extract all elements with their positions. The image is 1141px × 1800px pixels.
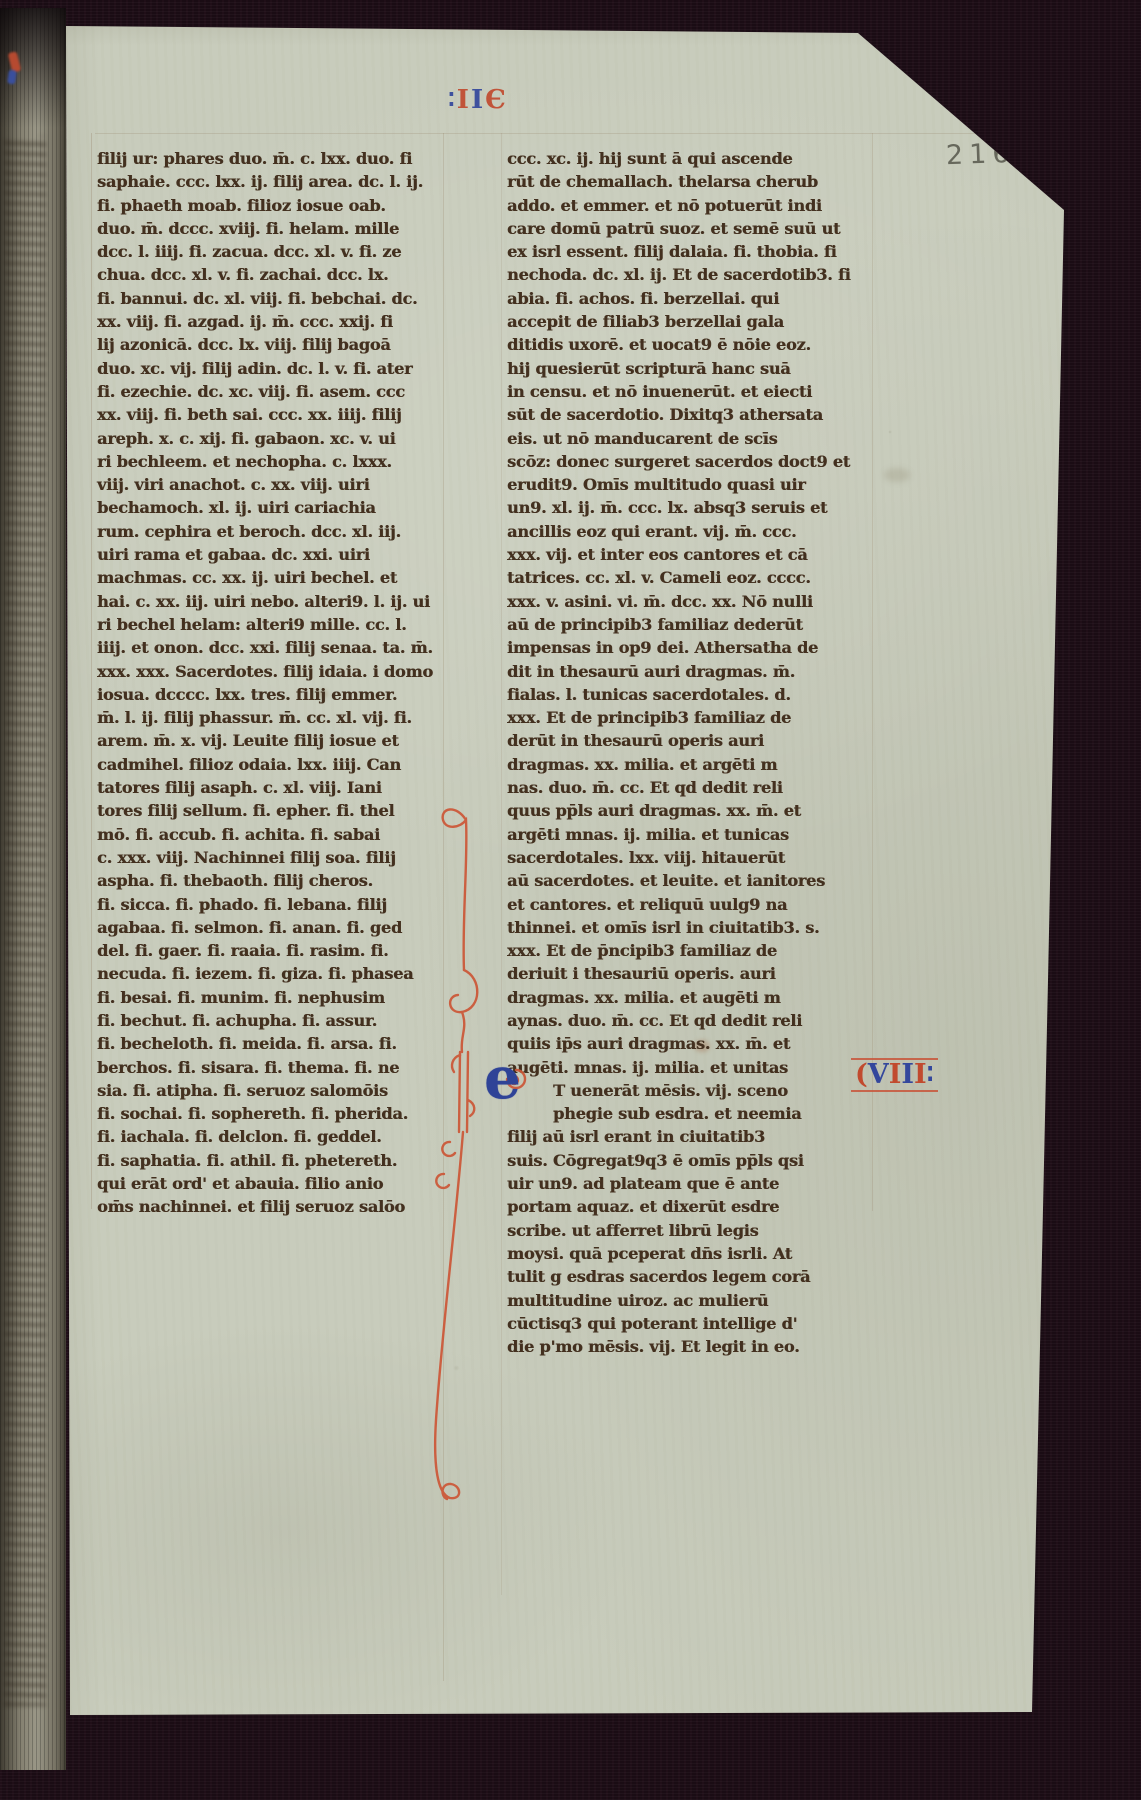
text-line: ccc. xc. ij. hij sunt ā qui ascende bbox=[507, 147, 879, 170]
text-line: impensas in op9 dei. Athersatha de bbox=[507, 636, 879, 659]
text-line: care domū patrū suoz. et semē suū ut bbox=[507, 217, 879, 240]
text-line: fialas. l. tunicas sacerdotales. d. bbox=[507, 683, 879, 706]
text-line: hij quesierūt scripturā hanc suā bbox=[507, 357, 879, 380]
text-line: ditidis uxorē. et uocat9 ē nōie eoz. bbox=[507, 333, 879, 356]
text-line: cadmihel. filioz odaia. lxx. iiij. Can bbox=[97, 753, 443, 776]
text-line: mō. fi. accub. fi. achita. fi. sabai bbox=[97, 823, 443, 846]
ruling-line-horizontal bbox=[95, 133, 983, 134]
text-line: xxx. xxx. Sacerdotes. filij idaia. i dom… bbox=[97, 660, 443, 683]
running-title: ∶IIЄ bbox=[448, 84, 506, 116]
text-line: sia. fi. atipha. fi. seruoz salomōis bbox=[97, 1079, 443, 1102]
text-line: fi. phaeth moab. filioz iosue oab. bbox=[97, 194, 443, 217]
text-line: dragmas. xx. milia. et argēti m bbox=[507, 753, 879, 776]
text-line: necuda. fi. iezem. fi. giza. fi. phasea bbox=[97, 962, 443, 985]
text-line: fi. becheloth. fi. meida. fi. arsa. fi. bbox=[97, 1032, 443, 1055]
text-line: arem. m̄. x. vij. Leuite filij iosue et bbox=[97, 729, 443, 752]
blue-mark bbox=[7, 70, 17, 85]
text-line: berchos. fi. sisara. fi. thema. fi. ne bbox=[97, 1056, 443, 1079]
text-line: lij azonicā. dcc. lx. viij. filij bagoa… bbox=[97, 333, 443, 356]
parchment-stain bbox=[884, 468, 910, 482]
text-line: qui erāt ord' et abauia. filio anio bbox=[97, 1172, 443, 1195]
text-line: duo. m̄. dccc. xviij. fi. helam. mille bbox=[97, 217, 443, 240]
text-line: derūt in thesaurū operis auri bbox=[507, 729, 879, 752]
rubric-glyph: I bbox=[901, 1060, 914, 1090]
text-line: sūt de sacerdotio. Dixitq3 athersata bbox=[507, 403, 879, 426]
text-line: del. fi. gaer. fi. raaia. fi. rasim. fi. bbox=[97, 939, 443, 962]
text-line: viij. viri anachot. c. xx. viij. uiri bbox=[97, 473, 443, 496]
text-line: fi. bannui. dc. xl. viij. fi. bebchai. d… bbox=[97, 287, 443, 310]
text-line: scōz: donec surgeret sacerdos doct9 et bbox=[507, 450, 879, 473]
text-line: uiri rama et gabaa. dc. xxi. uiri bbox=[97, 543, 443, 566]
text-line: areph. x. c. xij. fi. gabaon. xc. v. ui bbox=[97, 427, 443, 450]
foreedge-blurred-text bbox=[4, 136, 46, 1706]
rubric-glyph: ∶ bbox=[448, 84, 455, 116]
text-line: in censu. et nō inuenerūt. et eiecti bbox=[507, 380, 879, 403]
text-line: xxx. vij. et inter eos cantores et cā bbox=[507, 543, 879, 566]
text-line: rum. cephira et beroch. dcc. xl. iij. bbox=[97, 520, 443, 543]
rubric-glyph: I bbox=[889, 1060, 902, 1090]
left-text-column: filij ur: phares duo. m̄. c. lxx. duo. f… bbox=[97, 147, 443, 1219]
previous-folio-title-mark bbox=[6, 52, 28, 90]
text-line: machmas. cc. xx. ij. uiri bechel. et bbox=[97, 566, 443, 589]
text-line: xx. viij. fi. beth sai. ccc. xx. iiij. f… bbox=[97, 403, 443, 426]
text-line: duo. xc. vij. filij adin. dc. l. v. fi. … bbox=[97, 357, 443, 380]
text-line: filij ur: phares duo. m̄. c. lxx. duo. f… bbox=[97, 147, 443, 170]
chapter-number-viii: (VIII∶ bbox=[851, 1058, 938, 1092]
text-line: bechamoch. xl. ij. uiri cariachia bbox=[97, 496, 443, 519]
rubric-glyph: I bbox=[914, 1060, 927, 1090]
text-line: eis. ut nō manducarent de scīs bbox=[507, 427, 879, 450]
text-line: ex isrl essent. filij dalaia. fi. thobia… bbox=[507, 240, 879, 263]
text-line: addo. et emmer. et nō potuerūt indi bbox=[507, 194, 879, 217]
text-line: c. xxx. viij. Nachinnei filij soa. filij bbox=[97, 846, 443, 869]
rubric-glyph: ∶ bbox=[927, 1060, 934, 1090]
photo-backdrop: ∶IIЄ 216 filij ur: phares duo. m̄. c. lx… bbox=[0, 0, 1141, 1800]
text-line: saphaie. ccc. lxx. ij. filij area. dc. l… bbox=[97, 170, 443, 193]
rubric-glyph: Є bbox=[485, 84, 506, 116]
text-line: iiij. et onon. dcc. xxi. filij senaa. ta… bbox=[97, 636, 443, 659]
rubric-glyph: V bbox=[868, 1060, 889, 1090]
text-line: ancillis eoz qui erant. vij. m̄. ccc. bbox=[507, 520, 879, 543]
rubric-glyph: I bbox=[471, 84, 483, 116]
text-line: abia. fi. achos. fi. berzellai. qui bbox=[507, 287, 879, 310]
text-line: ri bechel helam: alteri9 mille. cc. l. bbox=[97, 613, 443, 636]
text-line: agabaa. fi. selmon. fi. anan. fi. ged bbox=[97, 916, 443, 939]
text-line: fi. sochai. fi. sophereth. fi. pherida. bbox=[97, 1102, 443, 1125]
text-line: un9. xl. ij. m̄. ccc. lx. absq3 seruis e… bbox=[507, 496, 879, 519]
text-line: om̄s nachinnei. et filij seruoz salōo bbox=[97, 1195, 443, 1218]
rubric-glyph: I bbox=[457, 84, 469, 116]
text-line: nechoda. dc. xl. ij. Et de sacerdotib3. … bbox=[507, 263, 879, 286]
text-line: tatrices. cc. xl. v. Cameli eoz. cccc. bbox=[507, 566, 879, 589]
manuscript-page: ∶IIЄ 216 filij ur: phares duo. m̄. c. lx… bbox=[0, 0, 1141, 1800]
text-line: nas. duo. m̄. cc. Et qd dedit reli bbox=[507, 776, 879, 799]
text-line: tores filij sellum. fi. epher. fi. thel bbox=[97, 799, 443, 822]
text-line: xx. viij. fi. azgad. ij. m̄. ccc. xxij. … bbox=[97, 310, 443, 333]
text-line: xxx. v. asini. vi. m̄. dcc. xx. Nō null… bbox=[507, 590, 879, 613]
text-line: fi. sicca. fi. phado. fi. lebana. filij bbox=[97, 893, 443, 916]
text-line: m̄. l. ij. filij phassur. m̄. cc. xl. vi… bbox=[97, 706, 443, 729]
text-line: aū de principib3 familiaz dederūt bbox=[507, 613, 879, 636]
text-line: hai. c. xx. iij. uiri nebo. alteri9. l. … bbox=[97, 590, 443, 613]
text-line: fi. bechut. fi. achupha. fi. assur. bbox=[97, 1009, 443, 1032]
text-line: aspha. fi. thebaoth. filij cheros. bbox=[97, 869, 443, 892]
text-line: ri bechleem. et nechopha. c. lxxx. bbox=[97, 450, 443, 473]
text-line: fi. besai. fi. munim. fi. nephusim bbox=[97, 986, 443, 1009]
text-line: fi. saphatia. fi. athil. fi. phetereth. bbox=[97, 1149, 443, 1172]
text-line: erudit9. Omīs multitudo quasi uir bbox=[507, 473, 879, 496]
chapter-initial-E: e bbox=[484, 1048, 521, 1108]
text-line: xxx. Et de principib3 familiaz de bbox=[507, 706, 879, 729]
book-foreedge-pages bbox=[0, 8, 66, 1770]
text-line: fi. ezechie. dc. xc. viij. fi. asem. ccc bbox=[97, 380, 443, 403]
text-line: dcc. l. iiij. fi. zacua. dcc. xl. v. fi.… bbox=[97, 240, 443, 263]
rubric-glyph: ( bbox=[855, 1060, 868, 1090]
text-line: rūt de chemallach. thelarsa cherub bbox=[507, 170, 879, 193]
text-line: accepit de filiab3 berzellai gala bbox=[507, 310, 879, 333]
text-line: dit in thesaurū auri dragmas. m̄. bbox=[507, 660, 879, 683]
folio-number: 216 bbox=[945, 139, 1016, 171]
text-line: tatores filij asaph. c. xl. viij. Iani bbox=[97, 776, 443, 799]
red-penwork-flourish bbox=[396, 800, 566, 1560]
text-line: fi. iachala. fi. delclon. fi. geddel. bbox=[97, 1125, 443, 1148]
text-line: iosua. dcccc. lxx. tres. filij emmer. bbox=[97, 683, 443, 706]
ruling-line-left-margin bbox=[91, 133, 92, 1209]
text-line: chua. dcc. xl. v. fi. zachai. dcc. lx. bbox=[97, 263, 443, 286]
